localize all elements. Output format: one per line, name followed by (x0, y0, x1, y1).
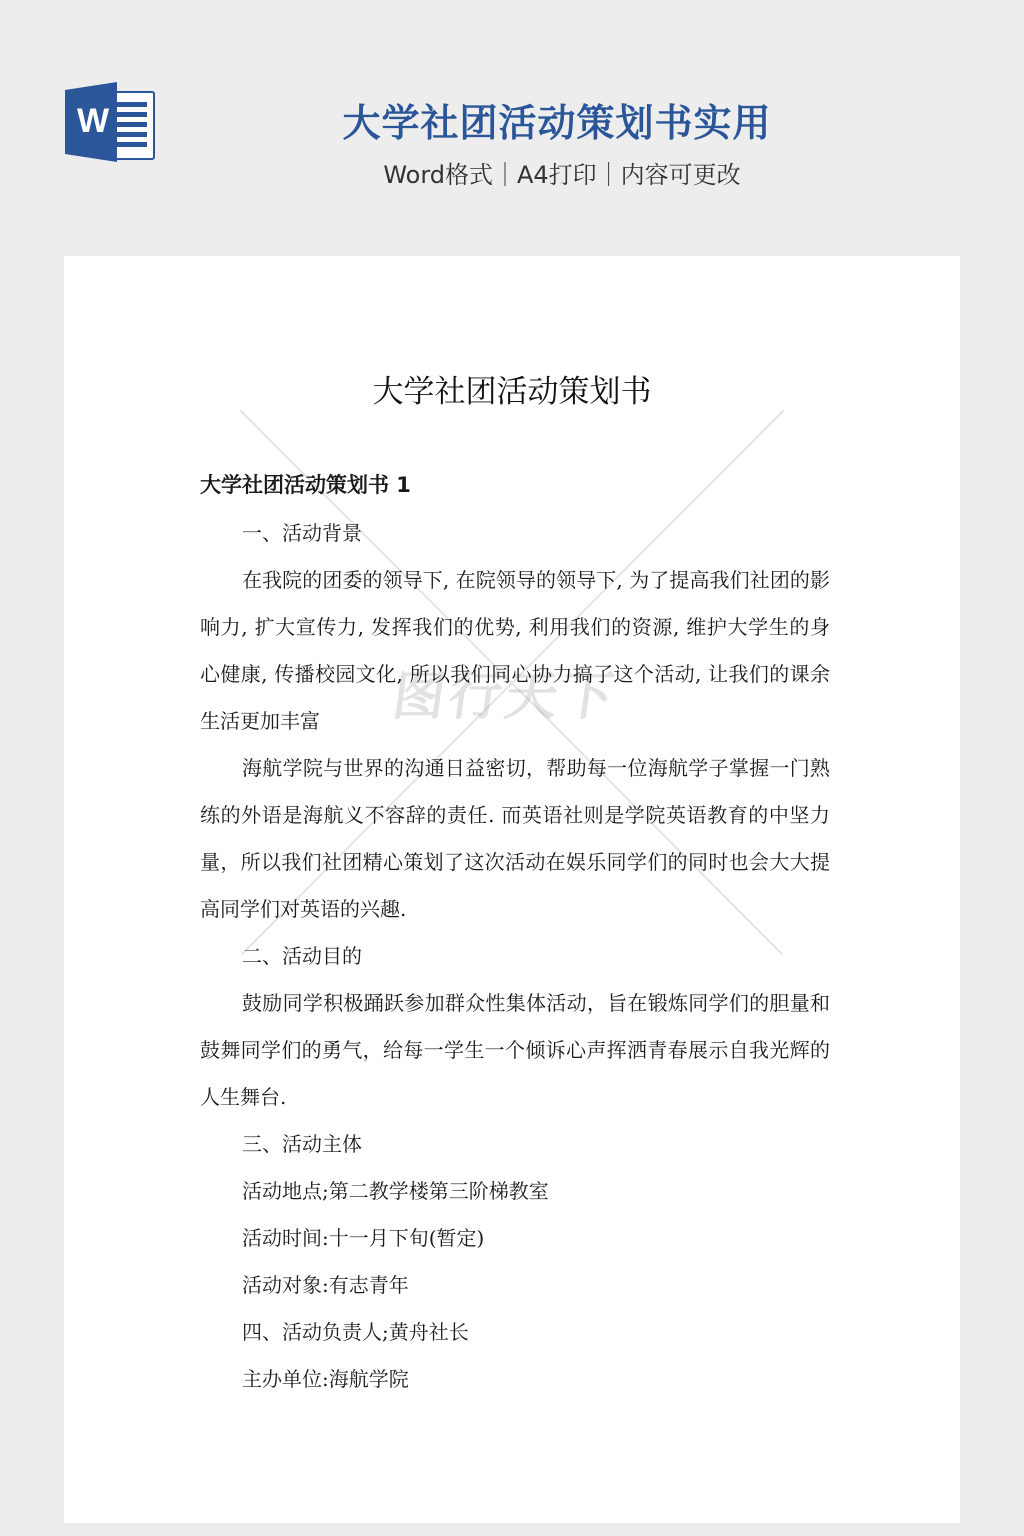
document-title: 大学社团活动策划书 (64, 366, 960, 411)
activity-location: 活动地点;第二教学楼第三阶梯教室 (200, 1168, 830, 1215)
activity-time: 活动时间:十一月下旬(暂定) (200, 1215, 830, 1262)
banner-title: 大学社团活动策划书实用 (0, 92, 1024, 147)
paragraph-purpose: 鼓励同学积极踊跃参加群众性集体活动，旨在锻炼同学们的胆量和鼓舞同学们的勇气，给每… (200, 980, 830, 1121)
banner-subtitle: Word格式｜A4打印｜内容可更改 (0, 155, 1024, 190)
document-subheading: 大学社团活动策划书 1 (200, 464, 830, 506)
document-body: 大学社团活动策划书 1 一、活动背景 在我院的团委的领导下, 在院领导的领导下,… (200, 464, 830, 1403)
section-heading-subject: 三、活动主体 (200, 1121, 830, 1168)
document-page: 图行天下 大学社团活动策划书 大学社团活动策划书 1 一、活动背景 在我院的团委… (64, 256, 960, 1523)
paragraph-background-2: 海航学院与世界的沟通日益密切，帮助每一位海航学子掌握一门熟练的外语是海航义不容辞… (200, 745, 830, 933)
section-heading-leader: 四、活动负责人;黄舟社长 (200, 1309, 830, 1356)
activity-target: 活动对象:有志青年 (200, 1262, 830, 1309)
section-heading-background: 一、活动背景 (200, 510, 830, 557)
paragraph-background-1: 在我院的团委的领导下, 在院领导的领导下, 为了提高我们社团的影响力, 扩大宣传… (200, 557, 830, 745)
organizer: 主办单位:海航学院 (200, 1356, 830, 1403)
section-heading-purpose: 二、活动目的 (200, 933, 830, 980)
